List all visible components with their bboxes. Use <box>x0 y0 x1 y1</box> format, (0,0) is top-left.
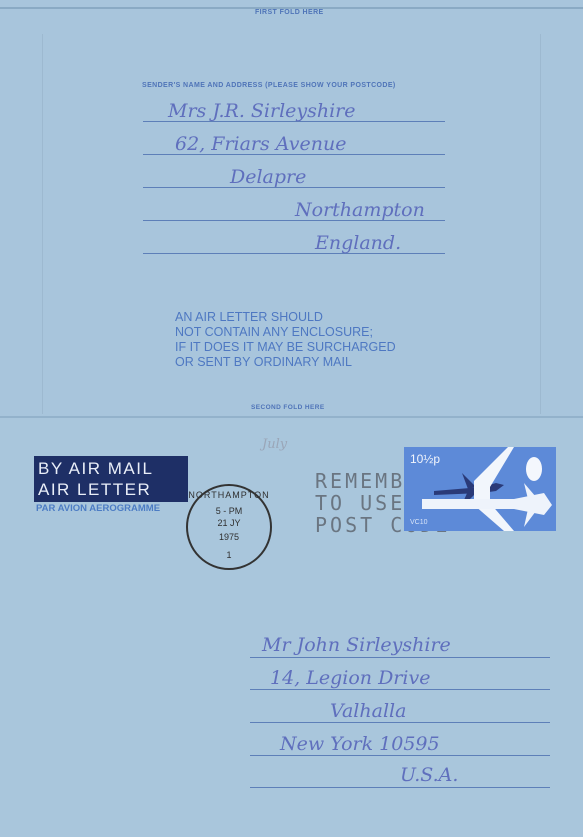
recipient-name: Mr John Sirleyshire <box>262 634 451 656</box>
recipient-rule <box>250 657 550 658</box>
pencil-note: July <box>262 437 287 452</box>
recipient-rule <box>250 787 550 788</box>
sender-country: England. <box>315 232 401 254</box>
postmark-time: 5 - PM <box>188 506 270 516</box>
airmail-line-1: BY AIR MAIL <box>34 456 188 479</box>
postmark-code: 1 <box>188 550 270 560</box>
sender-district: Delapre <box>230 166 306 188</box>
airmail-line-2: AIR LETTER <box>34 479 188 500</box>
postmark: NORTHAMPTON 5 - PM 21 JY 1975 1 <box>186 484 272 570</box>
sender-street: 62, Friars Avenue <box>175 133 346 155</box>
notice-line: IF IT DOES IT MAY BE SURCHARGED <box>175 340 396 355</box>
postmark-date: 21 JY <box>188 518 270 528</box>
notice-line: NOT CONTAIN ANY ENCLOSURE; <box>175 325 396 340</box>
air-letter-sheet: FIRST FOLD HERE SENDER'S NAME AND ADDRES… <box>0 0 583 837</box>
first-fold-label: FIRST FOLD HERE <box>255 9 324 16</box>
recipient-rule <box>250 755 550 756</box>
sender-town: Northampton <box>295 199 425 221</box>
sender-label: SENDER'S NAME AND ADDRESS (PLEASE SHOW Y… <box>142 82 396 89</box>
upper-panel: FIRST FOLD HERE SENDER'S NAME AND ADDRES… <box>0 0 583 416</box>
second-fold-line <box>0 416 583 418</box>
notice-line: OR SENT BY ORDINARY MAIL <box>175 355 396 370</box>
recipient-state-zip: New York 10595 <box>280 733 440 755</box>
enclosure-notice: AN AIR LETTER SHOULD NOT CONTAIN ANY ENC… <box>175 310 396 370</box>
airmail-label: BY AIR MAIL AIR LETTER <box>34 456 188 502</box>
recipient-country: U.S.A. <box>400 764 458 786</box>
notice-line: AN AIR LETTER SHOULD <box>175 310 396 325</box>
sender-name: Mrs J.R. Sirleyshire <box>168 100 356 122</box>
printed-stamp: 10½p VC10 <box>404 447 556 531</box>
postmark-year: 1975 <box>188 532 270 542</box>
second-fold-label: SECOND FOLD HERE <box>251 404 325 411</box>
recipient-rule <box>250 689 550 690</box>
par-avion-label: PAR AVION AEROGRAMME <box>36 503 160 514</box>
recipient-street: 14, Legion Drive <box>270 667 430 689</box>
stamp-code: VC10 <box>410 519 428 526</box>
recipient-rule <box>250 722 550 723</box>
recipient-city: Valhalla <box>330 700 406 722</box>
postmark-town: NORTHAMPTON <box>188 490 270 500</box>
